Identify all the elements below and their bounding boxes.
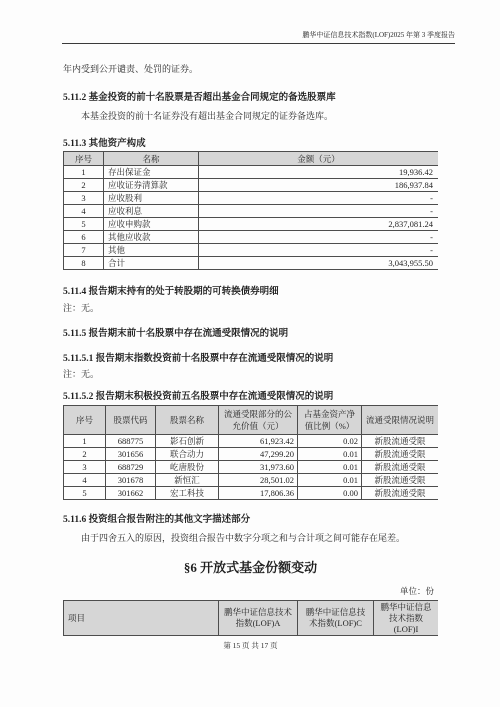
table-cell: 0.01 [298, 461, 362, 474]
section-heading-5-11-5: 5.11.5 报告期末前十名股票中存在流通受限情况的说明 [63, 328, 438, 340]
page-content: 年内受到公开谴责、处罚的证券。 5.11.2 基金投资的前十名股票是否超出基金合… [63, 44, 438, 651]
section-6-title: §6 开放式基金份额变动 [63, 559, 438, 576]
table-cell: 新股流通受限 [362, 474, 439, 487]
table-cell: 31,973.60 [219, 461, 298, 474]
table-cell: 17,806.36 [219, 487, 298, 500]
table-row: 4应收利息- [64, 205, 439, 218]
column-header: 鹏华中证信息技术指数(LOF)I [374, 601, 439, 636]
table-cell: 5 [64, 487, 106, 500]
table-cell: 19,936.42 [199, 166, 439, 179]
report-page: { "colors": { "table_header_bg": "#d6d6d… [0, 0, 500, 707]
other-assets-table-body: 1存出保证金19,936.422应收证券清算款186,937.843应收股利-4… [64, 166, 439, 270]
table-row: 4301678新恒汇28,501.020.01新股流通受限 [64, 474, 439, 487]
table-cell: 47,299.20 [219, 448, 298, 461]
table-cell: 影石创新 [156, 435, 219, 448]
table-cell: 3 [64, 461, 106, 474]
column-header: 序号 [64, 152, 104, 166]
table-cell: 应收股利 [104, 192, 199, 205]
table-cell: 其他应收款 [104, 231, 199, 244]
section-heading-5-11-5-2: 5.11.5.2 报告期末积极投资前五名股票中存在流通受限情况的说明 [63, 391, 438, 403]
table-cell: 7 [64, 244, 104, 257]
table-cell: 3 [64, 192, 104, 205]
table-cell: 4 [64, 474, 106, 487]
column-header: 鹏华中证信息技术指数(LOF)A [219, 601, 298, 636]
table-cell: 2,837,081.24 [199, 218, 439, 231]
table-cell: 2 [64, 179, 104, 192]
table-cell: 6 [64, 231, 104, 244]
table-cell: - [199, 192, 439, 205]
header-row: 序号名称金额（元） [64, 152, 439, 166]
table-cell: 61,923.42 [219, 435, 298, 448]
table-row: 7其他- [64, 244, 439, 257]
table-cell: 其他 [104, 244, 199, 257]
section-5-11-2-paragraph: 本基金投资的前十名证券没有超出基金合同规定的证券备选库。 [63, 111, 438, 122]
header-row: 序号股票代码股票名称流通受限部分的公允价值（元）占基金资产净值比例（%）流通受限… [64, 406, 439, 435]
table-cell: 0.01 [298, 474, 362, 487]
share-change-table-header: 项目鹏华中证信息技术指数(LOF)A鹏华中证信息技术指数(LOF)C鹏华中证信息… [64, 601, 439, 636]
page-header: 鹏华中证信息技术指数(LOF)2025 年第 3 季度报告 [62, 30, 455, 44]
table-cell: 0.01 [298, 448, 362, 461]
column-header: 流通受限情况说明 [362, 406, 439, 435]
table-cell: 688729 [106, 461, 156, 474]
restricted-stocks-table-body: 1688775影石创新61,923.420.02新股流通受限2301656联合动… [64, 435, 439, 500]
table-cell: 0.02 [298, 435, 362, 448]
table-cell: 屹唐股份 [156, 461, 219, 474]
other-assets-table: 序号名称金额（元） 1存出保证金19,936.422应收证券清算款186,937… [63, 151, 438, 270]
table-cell: 新股流通受限 [362, 448, 439, 461]
table-cell: 新恒汇 [156, 474, 219, 487]
table-row: 5301662宏工科技17,806.360.00新股流通受限 [64, 487, 439, 500]
table-cell: 1 [64, 166, 104, 179]
table-cell: 688775 [106, 435, 156, 448]
table-cell: 应收申购款 [104, 218, 199, 231]
column-header: 金额（元） [199, 152, 439, 166]
column-header: 名称 [104, 152, 199, 166]
section-heading-5-11-6: 5.11.6 投资组合报告附注的其他文字描述部分 [63, 514, 438, 526]
table-cell: 0.00 [298, 487, 362, 500]
column-header: 序号 [64, 406, 106, 435]
table-cell: - [199, 231, 439, 244]
section-heading-5-11-4: 5.11.4 报告期末持有的处于转股期的可转换债券明细 [63, 286, 438, 298]
table-cell: 3,043,955.50 [199, 257, 439, 270]
table-row: 5应收申购款2,837,081.24 [64, 218, 439, 231]
table-row: 2301656联合动力47,299.200.01新股流通受限 [64, 448, 439, 461]
table-cell: 28,501.02 [219, 474, 298, 487]
continuation-text: 年内受到公开谴责、处罚的证券。 [63, 64, 438, 75]
table-cell: 301656 [106, 448, 156, 461]
table-cell: 应收利息 [104, 205, 199, 218]
table-cell: 合计 [104, 257, 199, 270]
column-header: 股票名称 [156, 406, 219, 435]
table-row: 3应收股利- [64, 192, 439, 205]
section-heading-5-11-3: 5.11.3 其他资产构成 [63, 138, 438, 150]
table-cell: 存出保证金 [104, 166, 199, 179]
column-header: 鹏华中证信息技术指数(LOF)C [298, 601, 374, 636]
table-row: 6其他应收款- [64, 231, 439, 244]
column-header: 项目 [64, 601, 219, 636]
table-cell: 宏工科技 [156, 487, 219, 500]
restricted-stocks-table-header: 序号股票代码股票名称流通受限部分的公允价值（元）占基金资产净值比例（%）流通受限… [64, 406, 439, 435]
restricted-stocks-table: 序号股票代码股票名称流通受限部分的公允价值（元）占基金资产净值比例（%）流通受限… [63, 405, 438, 500]
table-row: 1存出保证金19,936.42 [64, 166, 439, 179]
table-row: 2应收证券清算款186,937.84 [64, 179, 439, 192]
table-cell: 8 [64, 257, 104, 270]
other-assets-table-header: 序号名称金额（元） [64, 152, 439, 166]
table-cell: 新股流通受限 [362, 435, 439, 448]
table-cell: 301662 [106, 487, 156, 500]
unit-label: 单位：份 [63, 586, 438, 597]
table-row: 8合计3,043,955.50 [64, 257, 439, 270]
header-row: 项目鹏华中证信息技术指数(LOF)A鹏华中证信息技术指数(LOF)C鹏华中证信息… [64, 601, 439, 636]
page-footer: 第 15 页 共 17 页 [63, 641, 438, 651]
table-cell: - [199, 244, 439, 257]
page-header-title: 鹏华中证信息技术指数(LOF)2025 年第 3 季度报告 [302, 31, 455, 39]
share-change-table: 项目鹏华中证信息技术指数(LOF)A鹏华中证信息技术指数(LOF)C鹏华中证信息… [63, 600, 438, 636]
section-heading-5-11-2: 5.11.2 基金投资的前十名股票是否超出基金合同规定的备选股票库 [63, 92, 438, 104]
table-cell: 新股流通受限 [362, 487, 439, 500]
section-5-11-4-note: 注：无。 [63, 303, 438, 314]
table-row: 3688729屹唐股份31,973.600.01新股流通受限 [64, 461, 439, 474]
column-header: 股票代码 [106, 406, 156, 435]
section-5-11-6-paragraph: 由于四舍五入的原因，投资组合报告中数字分项之和与合计项之间可能存在尾差。 [63, 533, 438, 544]
table-cell: 5 [64, 218, 104, 231]
table-cell: 301678 [106, 474, 156, 487]
section-heading-5-11-5-1: 5.11.5.1 报告期末指数投资前十名股票中存在流通受限情况的说明 [63, 353, 438, 365]
table-row: 1688775影石创新61,923.420.02新股流通受限 [64, 435, 439, 448]
table-cell: 应收证券清算款 [104, 179, 199, 192]
table-cell: 2 [64, 448, 106, 461]
table-cell: 联合动力 [156, 448, 219, 461]
column-header: 占基金资产净值比例（%） [298, 406, 362, 435]
table-cell: 1 [64, 435, 106, 448]
table-cell: - [199, 205, 439, 218]
table-cell: 新股流通受限 [362, 461, 439, 474]
table-cell: 4 [64, 205, 104, 218]
column-header: 流通受限部分的公允价值（元） [219, 406, 298, 435]
section-5-11-5-1-note: 注：无。 [63, 369, 438, 380]
table-cell: 186,937.84 [199, 179, 439, 192]
